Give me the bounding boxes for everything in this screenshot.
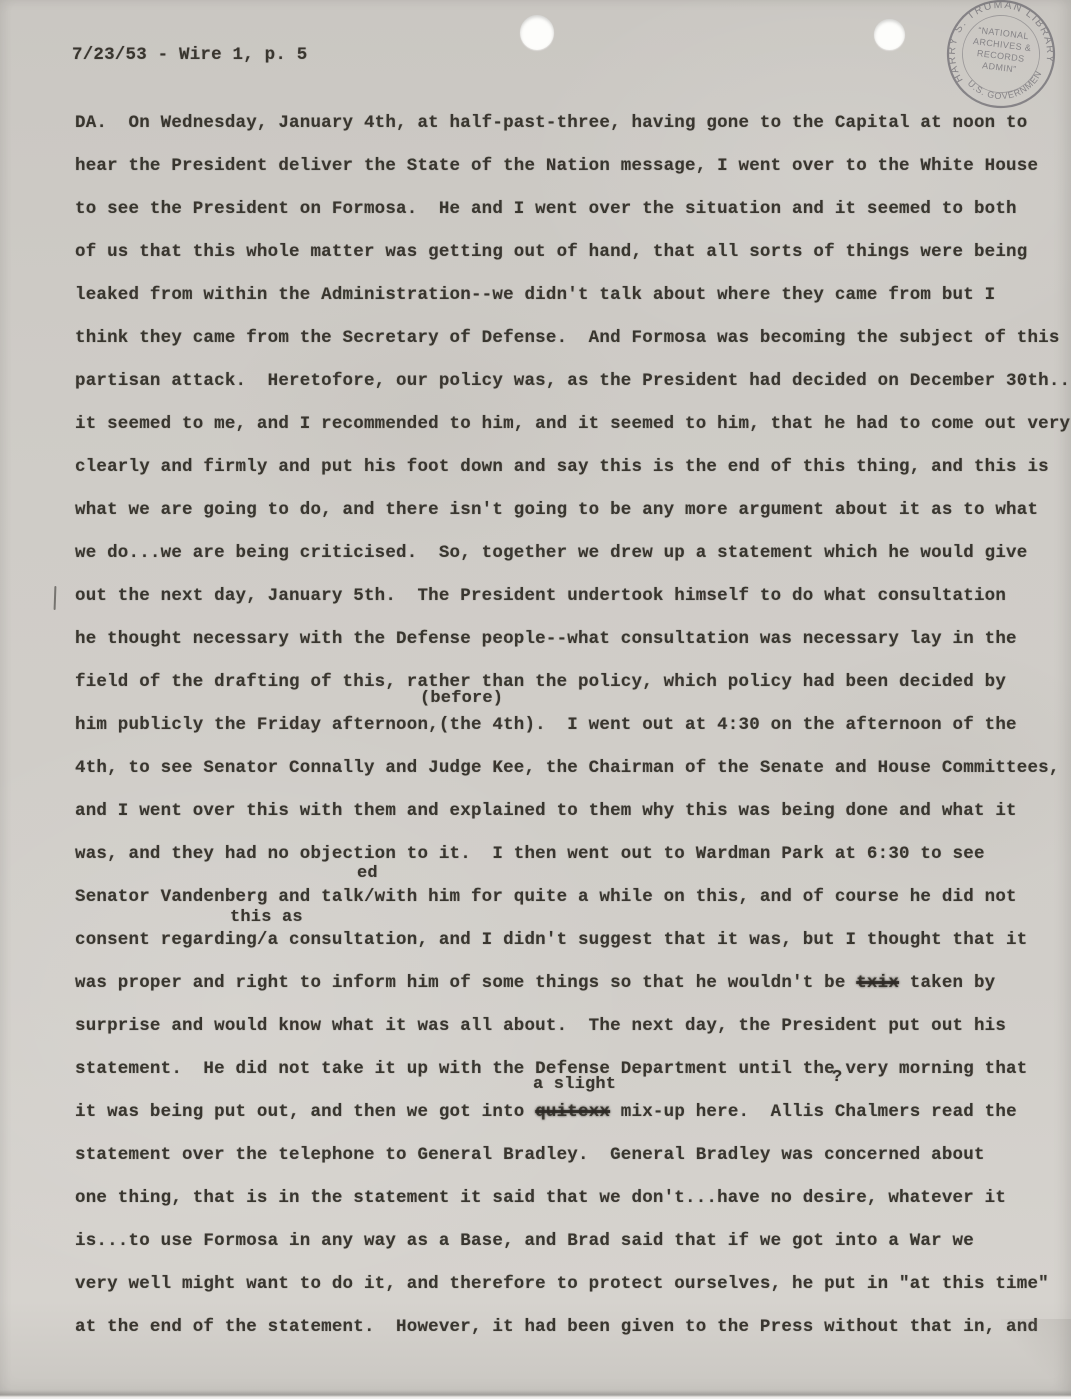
interline-correction: (before) <box>420 688 503 709</box>
text-line: it was being put out, and then we got in… <box>75 1102 1017 1123</box>
text-line: hear the President deliver the State of … <box>75 156 1038 177</box>
scanned-document-page: HARRY S. TRUMAN LIBRARY U.S. GOVERNMENT … <box>0 0 1071 1399</box>
text-line: it seemed to me, and I recommended to hi… <box>75 414 1070 435</box>
text-line: leaked from within the Administration--w… <box>75 285 995 306</box>
text-line: what we are going to do, and there isn't… <box>75 500 1038 521</box>
text-line: is...to use Formosa in any way as a Base… <box>75 1231 974 1252</box>
text-line: out the next day, January 5th. The Presi… <box>75 586 1006 607</box>
text-line: consent regarding/a consultation, and I … <box>75 930 1027 951</box>
text-line: very well might want to do it, and there… <box>75 1274 1049 1295</box>
text-line: at the end of the statement. However, it… <box>75 1317 1038 1338</box>
text-line: of us that this whole matter was getting… <box>75 242 1027 263</box>
pencil-margin-mark <box>54 586 57 610</box>
text-line: 4th, to see Senator Connally and Judge K… <box>75 758 1060 779</box>
text-line: we do...we are being criticised. So, tog… <box>75 543 1027 564</box>
stamp-center-text: “NATIONAL ARCHIVES & RECORDS ADMIN” <box>970 25 1034 76</box>
interline-correction: a slight <box>533 1074 616 1095</box>
text-line: he thought necessary with the Defense pe… <box>75 629 1017 650</box>
interline-correction: ? <box>832 1067 842 1088</box>
struck-out-word: txix <box>856 973 899 993</box>
text-line: him publicly the Friday afternoon,(the 4… <box>75 715 1017 736</box>
page-corner-shadow <box>1001 1319 1071 1399</box>
text-line: statement over the telephone to General … <box>75 1145 985 1166</box>
text-line: field of the drafting of this, rather th… <box>75 672 1006 693</box>
text-line: DA. On Wednesday, January 4th, at half-p… <box>75 113 1027 134</box>
text-line: was, and they had no objection to it. I … <box>75 844 985 865</box>
text-line: one thing, that is in the statement it s… <box>75 1188 1006 1209</box>
interline-correction: this as <box>230 907 303 928</box>
text-line: Senator Vandenberg and talk/with him for… <box>75 887 1017 908</box>
punch-hole-right <box>874 19 905 50</box>
text-line: clearly and firmly and put his foot down… <box>75 457 1049 478</box>
text-line: surprise and would know what it was all … <box>75 1016 1006 1037</box>
page-bottom-edge <box>0 1390 1071 1399</box>
struck-out-word: quitexx <box>535 1102 610 1122</box>
svg-text:ADMIN”: ADMIN” <box>982 60 1017 74</box>
text-line: was proper and right to inform him of so… <box>75 973 995 994</box>
text-line: partisan attack. Heretofore, our policy … <box>75 371 1071 392</box>
text-line: think they came from the Secretary of De… <box>75 328 1060 349</box>
page-header-date-wire: 7/23/53 - Wire 1, p. 5 <box>72 45 307 66</box>
punch-hole-left <box>520 15 554 50</box>
text-line: and I went over this with them and expla… <box>75 801 1017 822</box>
interline-correction: ed <box>357 863 378 884</box>
text-line: to see the President on Formosa. He and … <box>75 199 1017 220</box>
